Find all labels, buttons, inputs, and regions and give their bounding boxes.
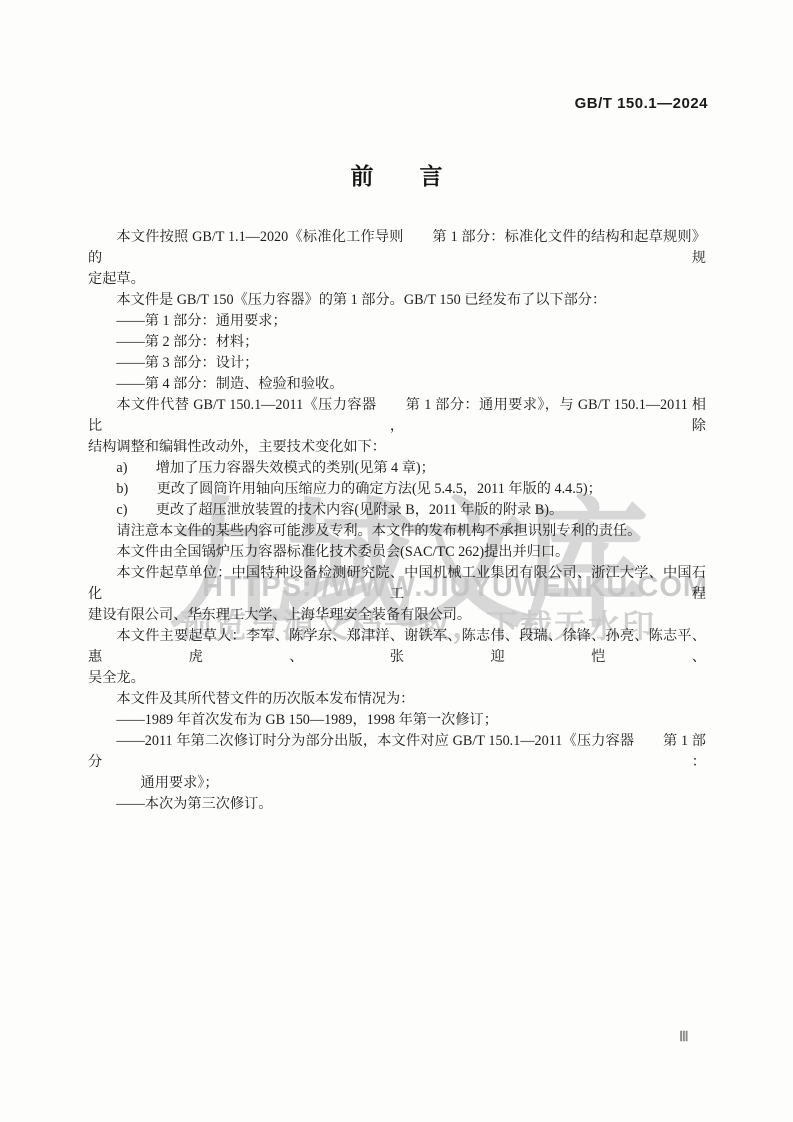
body-line: ——2011 年第二次修订时分为部分出版，本文件对应 GB/T 150.1—20… — [88, 731, 706, 773]
body-line: ——1989 年首次发布为 GB 150—1989，1998 年第一次修订； — [88, 710, 706, 731]
body-line: c) 更改了超压泄放装置的技术内容(见附录 B，2011 年版的附录 B)。 — [88, 500, 706, 521]
body-line: ——第 4 部分：制造、检验和验收。 — [88, 374, 706, 395]
page-title: 前 言 — [0, 158, 793, 191]
body-line: 请注意本文件的某些内容可能涉及专利。本文件的发布机构不承担识别专利的责任。 — [88, 521, 706, 542]
body-line: 本文件是 GB/T 150《压力容器》的第 1 部分。GB/T 150 已经发布… — [88, 290, 706, 311]
body-line: a) 增加了压力容器失效模式的类别(见第 4 章)； — [88, 458, 706, 479]
body-line: 通用要求》； — [88, 773, 706, 794]
body-line: ——第 3 部分：设计； — [88, 353, 706, 374]
body-line: 结构调整和编辑性改动外，主要技术变化如下： — [88, 437, 706, 458]
document-page: 九域文库 HTTPS://WWW.JIUYUWENKU.COM 预览与源文档一致… — [0, 0, 793, 1122]
page-number: Ⅲ — [679, 1029, 690, 1046]
body-line: ——第 1 部分：通用要求； — [88, 311, 706, 332]
body-line: 本文件代替 GB/T 150.1—2011《压力容器 第 1 部分：通用要求》，… — [88, 395, 706, 437]
standard-code-header: GB/T 150.1—2024 — [575, 95, 708, 112]
body-line: b) 更改了圆筒许用轴向压缩应力的确定方法(见 5.4.5，2011 年版的 4… — [88, 479, 706, 500]
body-line: 吴全龙。 — [88, 668, 706, 689]
body-lines: 本文件按照 GB/T 1.1—2020《标准化工作导则 第 1 部分：标准化文件… — [88, 227, 706, 815]
body-line: 定起草。 — [88, 269, 706, 290]
body-line: ——本次为第三次修订。 — [88, 794, 706, 815]
body-line: ——第 2 部分：材料； — [88, 332, 706, 353]
body-line: 本文件及其所代替文件的历次版本发布情况为： — [88, 689, 706, 710]
body-line: 本文件起草单位：中国特种设备检测研究院、中国机械工业集团有限公司、浙江大学、中国… — [88, 563, 706, 605]
body-line: 本文件主要起草人：李军、陈学东、郑津洋、谢铁军、陈志伟、段瑞、徐锋、孙亮、陈志平… — [88, 626, 706, 668]
body-line: 本文件由全国锅炉压力容器标准化技术委员会(SAC/TC 262)提出并归口。 — [88, 542, 706, 563]
body-line: 建设有限公司、华东理工大学、上海华理安全装备有限公司。 — [88, 605, 706, 626]
body-line: 本文件按照 GB/T 1.1—2020《标准化工作导则 第 1 部分：标准化文件… — [88, 227, 706, 269]
